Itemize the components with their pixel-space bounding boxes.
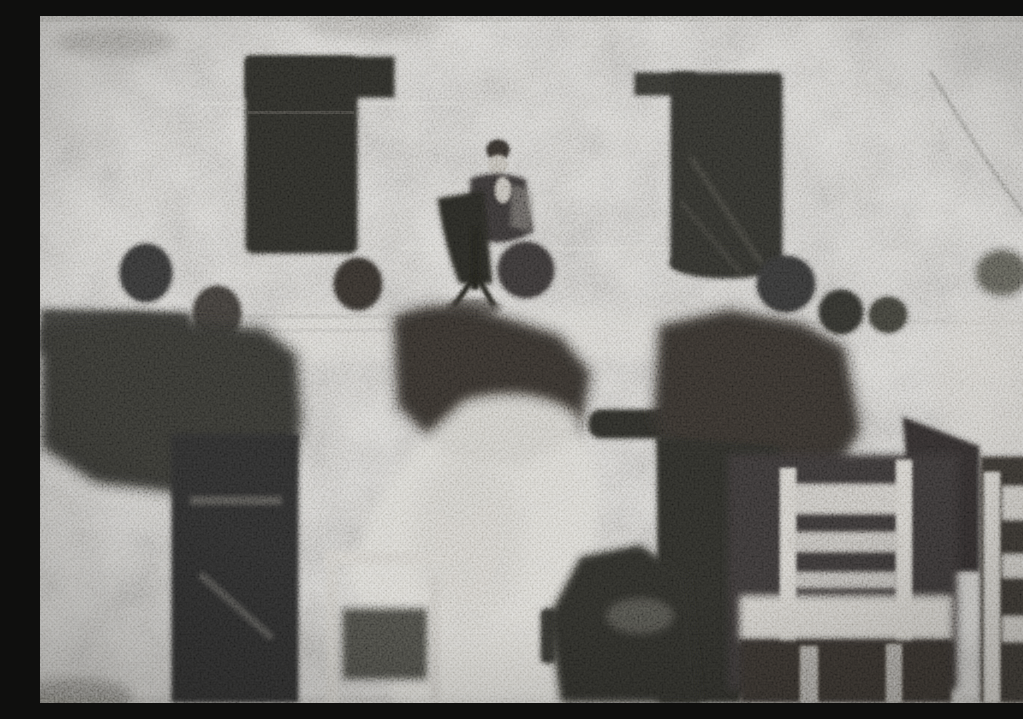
vignette — [40, 16, 1023, 703]
photograph: Pale mottled plaster wall forming the br… — [40, 16, 1023, 703]
film-grain-overlay: Coarse halftone dot grain covering the e… — [40, 16, 1023, 703]
photo-canvas: Pale mottled plaster wall forming the br… — [40, 16, 1023, 703]
